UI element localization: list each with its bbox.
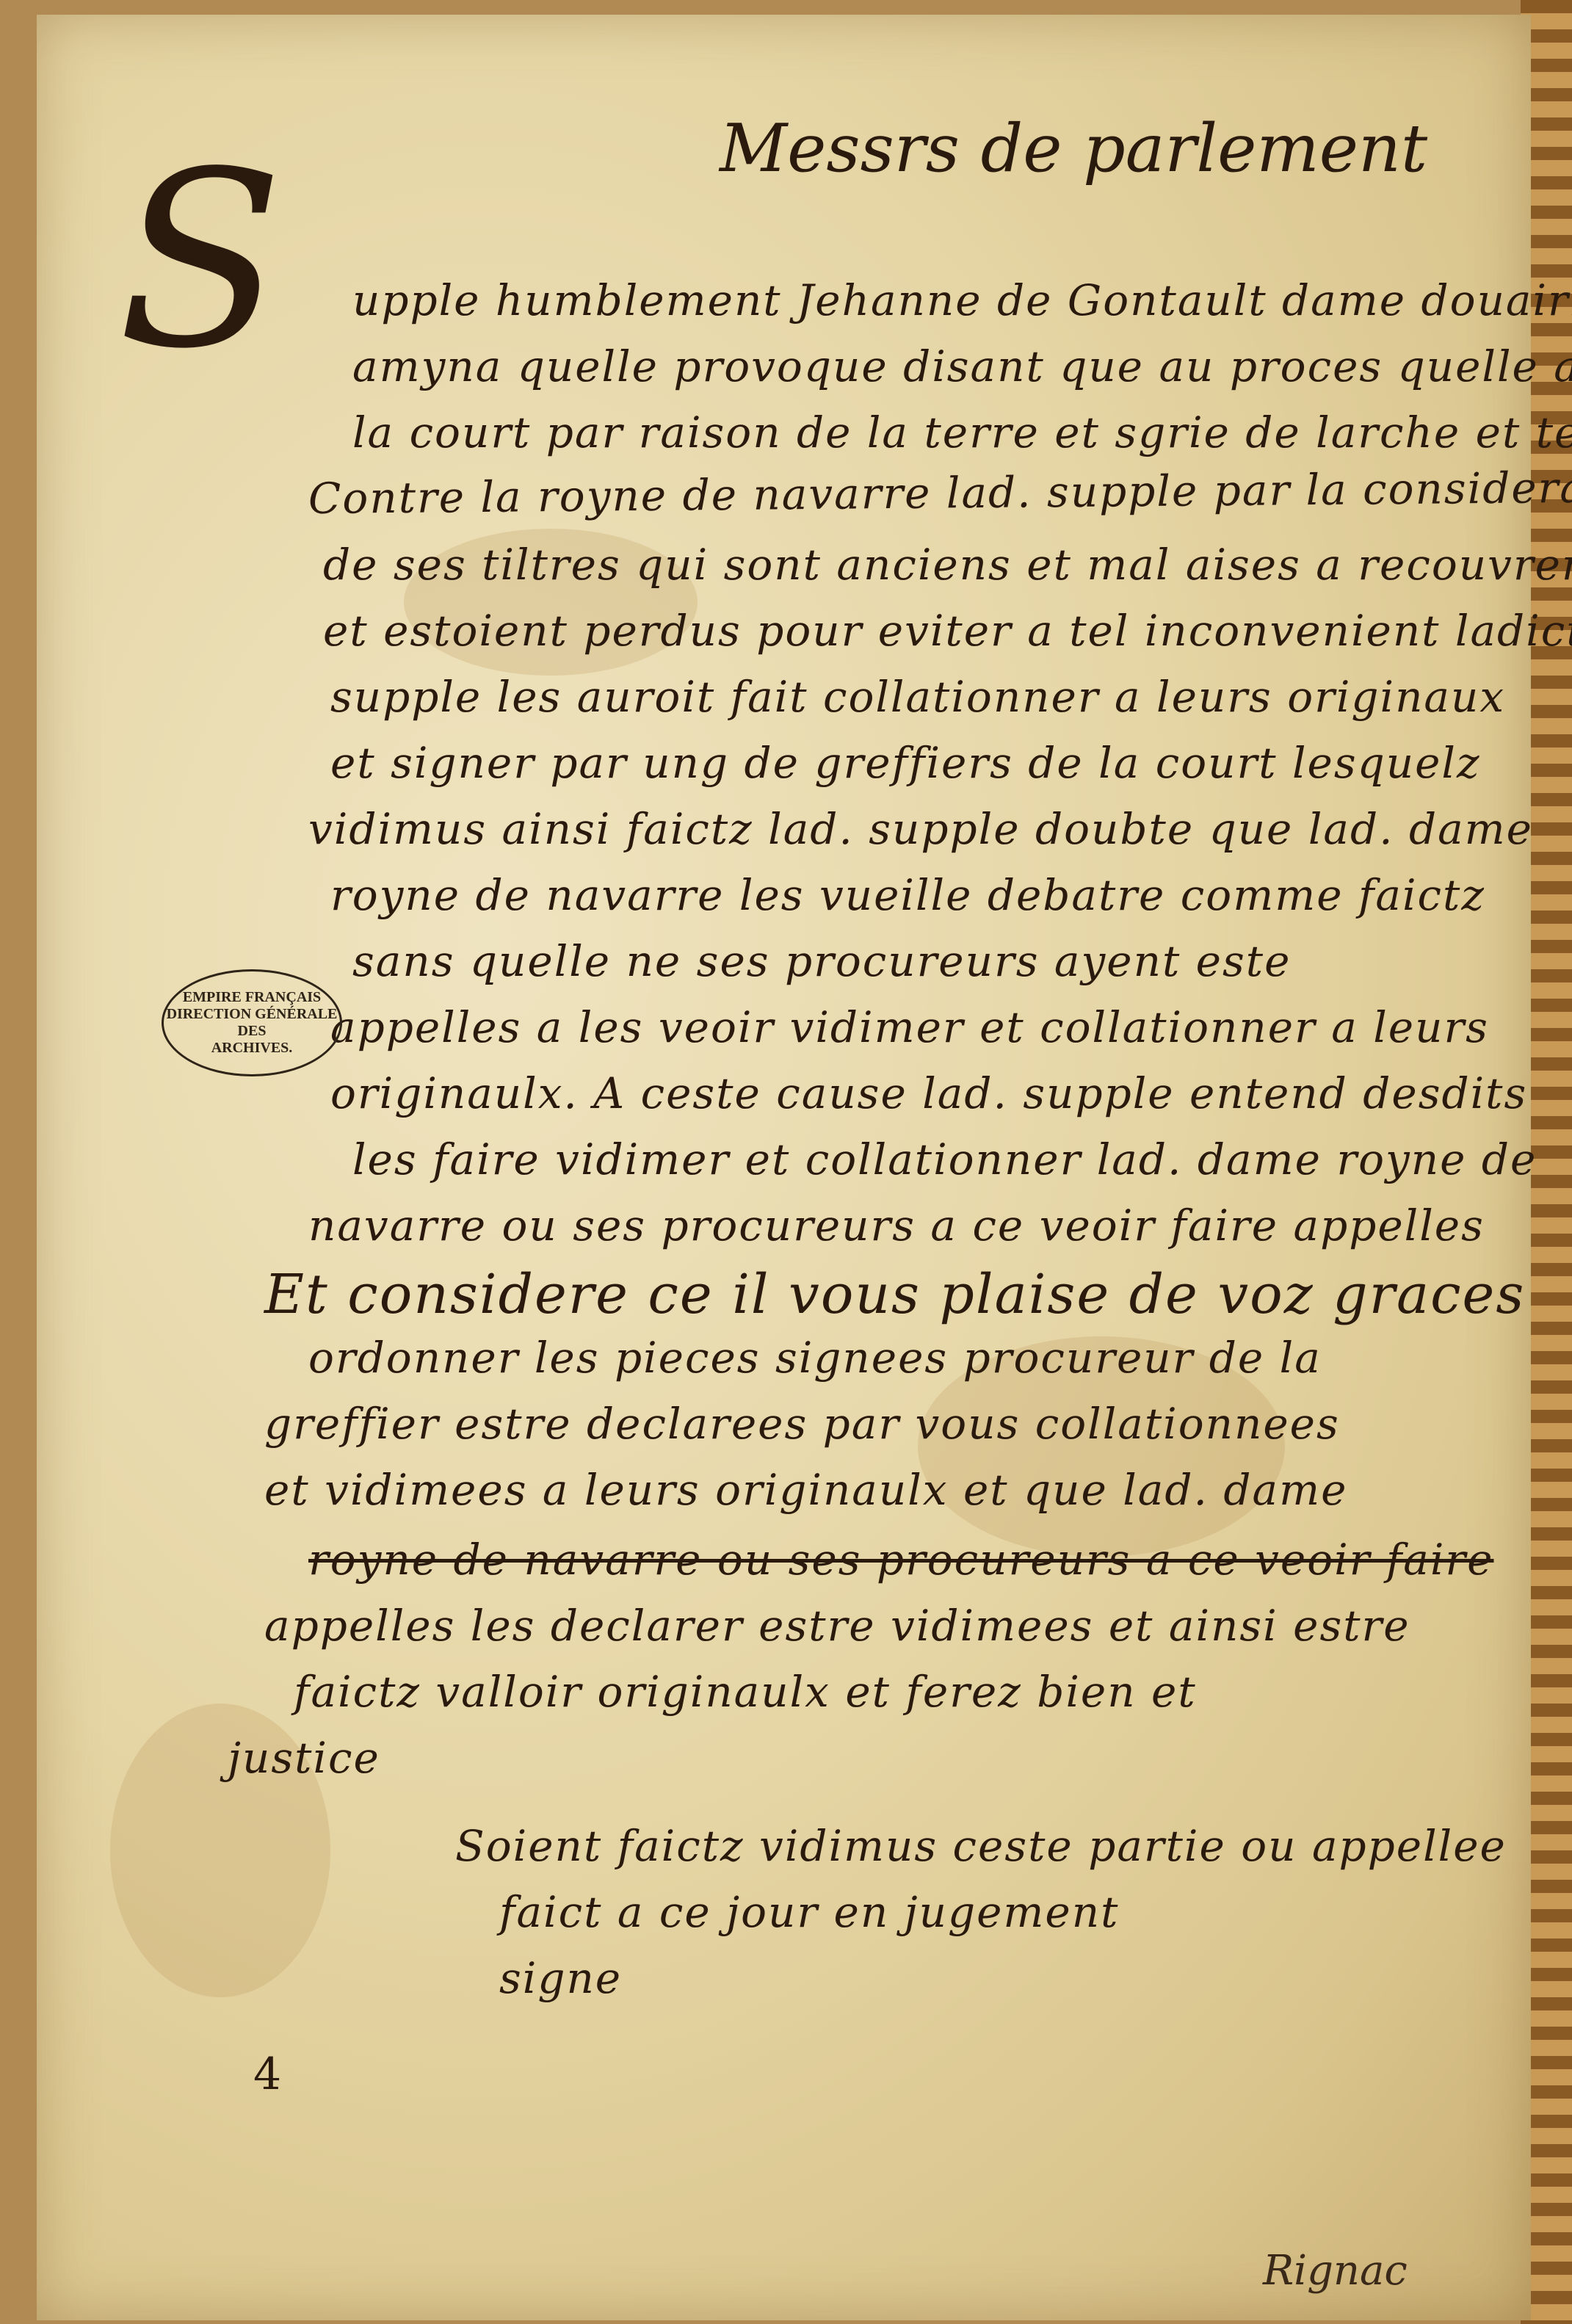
text-line: les faire vidimer et collationner lad. d… bbox=[352, 1134, 1537, 1184]
archives-stamp: EMPIRE FRANÇAIS DIRECTION GÉNÉRALE DES A… bbox=[162, 969, 342, 1076]
text-line: et estoient perdus pour eviter a tel inc… bbox=[323, 606, 1572, 656]
text-line: de ses tiltres qui sont anciens et mal a… bbox=[323, 540, 1572, 590]
text-line: et vidimees a leurs originaulx et que la… bbox=[264, 1465, 1347, 1515]
text-line: originaulx. A ceste cause lad. supple en… bbox=[330, 1068, 1527, 1118]
text-line: faictz valloir originaulx et ferez bien … bbox=[294, 1667, 1197, 1717]
document-heading: Messrs de parlement bbox=[720, 110, 1427, 187]
signature: Rignac bbox=[1263, 2247, 1408, 2295]
text-line: et signer par ung de greffiers de la cou… bbox=[330, 738, 1481, 788]
text-line: faict a ce jour en jugement bbox=[499, 1887, 1119, 1937]
stamp-line: DIRECTION GÉNÉRALE bbox=[167, 1006, 338, 1023]
stamp-line: EMPIRE FRANÇAIS bbox=[183, 989, 321, 1006]
stamp-line: ARCHIVES. bbox=[211, 1040, 293, 1057]
text-line: vidimus ainsi faictz lad. supple doubte … bbox=[308, 804, 1533, 854]
text-line: appelles a les veoir vidimer et collatio… bbox=[330, 1002, 1489, 1052]
text-line: navarre ou ses procureurs a ce veoir fai… bbox=[308, 1201, 1485, 1250]
text-line: justice bbox=[228, 1733, 380, 1783]
text-line: ordonner les pieces signees procureur de… bbox=[308, 1333, 1322, 1383]
text-line: signe bbox=[499, 1953, 622, 2003]
text-line: supple les auroit fait collationner a le… bbox=[330, 672, 1505, 722]
text-line: royne de navarre les vueille debatre com… bbox=[330, 870, 1485, 920]
text-line: greffier estre declarees par vous collat… bbox=[264, 1399, 1340, 1449]
stamp-line: DES bbox=[238, 1023, 267, 1040]
decorated-initial: S bbox=[117, 140, 283, 382]
text-line: sans quelle ne ses procureurs ayent este bbox=[352, 936, 1291, 986]
text-line: appelles les declarer estre vidimees et … bbox=[264, 1601, 1410, 1651]
text-line: amyna quelle provoque disant que au proc… bbox=[352, 341, 1572, 391]
text-line: la court par raison de la terre et sgrie… bbox=[352, 408, 1572, 457]
text-line: royne de navarre ou ses procureurs a ce … bbox=[308, 1535, 1493, 1585]
text-line: Et considere ce il vous plaise de voz gr… bbox=[264, 1263, 1525, 1326]
text-line: Soient faictz vidimus ceste partie ou ap… bbox=[455, 1821, 1507, 1871]
page-number: 4 bbox=[253, 2049, 281, 2100]
text-line: upple humblement Jehanne de Gontault dam… bbox=[352, 275, 1572, 325]
